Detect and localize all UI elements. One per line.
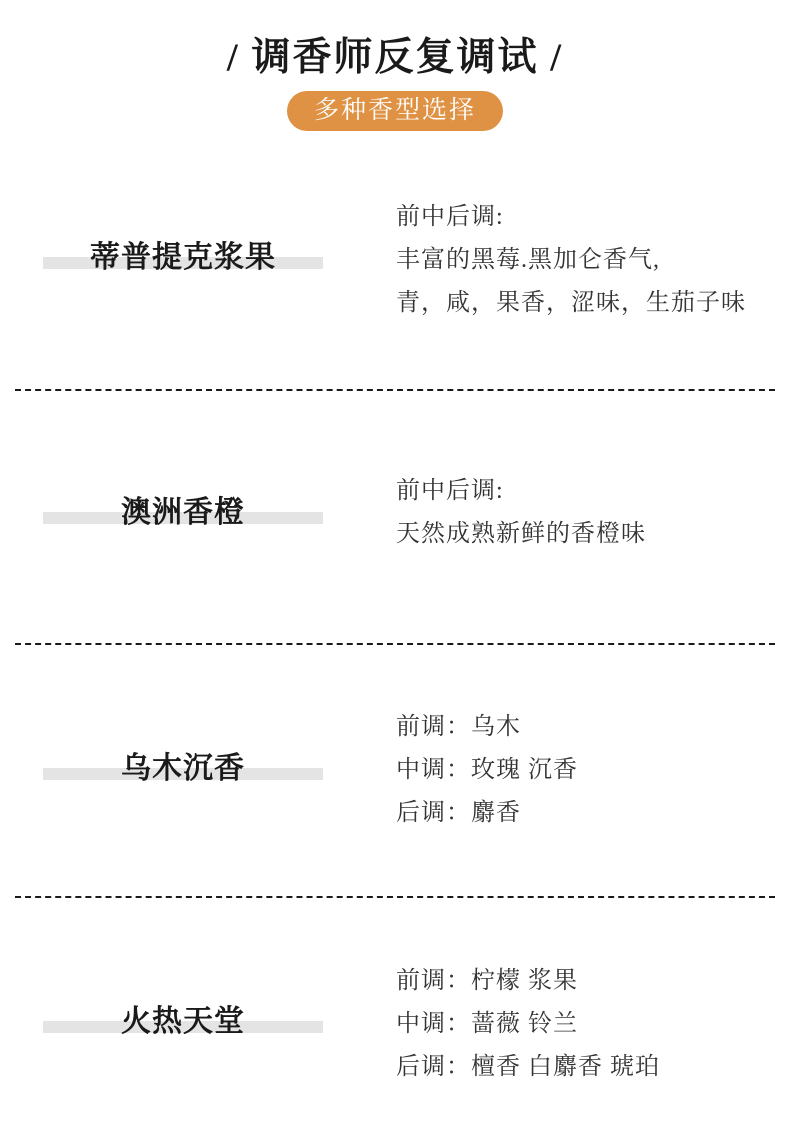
note-line: 前调：乌木: [396, 706, 776, 749]
fragrance-section: 蒂普提克浆果 前中后调: 丰富的黑莓.黑加仑香气, 青，咸，果香，涩味，生茄子味: [0, 0, 790, 1137]
note-line: 前中后调:: [396, 470, 776, 513]
note-line: 中调：蔷薇 铃兰: [396, 1003, 776, 1046]
fragrance-name-block: 蒂普提克浆果: [43, 241, 323, 275]
note-line: 丰富的黑莓.黑加仑香气,: [396, 239, 776, 282]
note-line: 天然成熟新鲜的香橙味: [396, 513, 776, 556]
dashed-divider: [15, 643, 775, 645]
note-line: 前调：柠檬 浆果: [396, 960, 776, 1003]
name-highlight-band: [43, 512, 323, 524]
fragrance-name: 乌木沉香: [121, 752, 245, 785]
dashed-divider: [15, 389, 775, 391]
name-highlight-band: [43, 257, 323, 269]
name-highlight-band: [43, 1021, 323, 1033]
fragrance-name-block: 澳洲香橙: [43, 496, 323, 530]
fragrance-notes: 前中后调: 丰富的黑莓.黑加仑香气, 青，咸，果香，涩味，生茄子味: [396, 196, 776, 325]
fragrance-name: 澳洲香橙: [121, 496, 245, 529]
fragrance-section: 乌木沉香 前调：乌木 中调：玫瑰 沉香 后调：麝香: [0, 0, 790, 1137]
note-line: 青，咸，果香，涩味，生茄子味: [396, 282, 776, 325]
note-line: 前中后调:: [396, 196, 776, 239]
fragrance-section: 澳洲香橙 前中后调: 天然成熟新鲜的香橙味: [0, 0, 790, 1137]
fragrance-name: 蒂普提克浆果: [90, 241, 276, 274]
note-line: 中调：玫瑰 沉香: [396, 749, 776, 792]
note-line: 后调：檀香 白麝香 琥珀: [396, 1046, 776, 1089]
fragrance-name-block: 乌木沉香: [43, 752, 323, 786]
fragrance-notes: 前中后调: 天然成熟新鲜的香橙味: [396, 470, 776, 556]
fragrance-options-badge: 多种香型选择: [287, 91, 503, 131]
note-line: 后调：麝香: [396, 792, 776, 835]
name-highlight-band: [43, 768, 323, 780]
fragrance-notes: 前调：柠檬 浆果 中调：蔷薇 铃兰 后调：檀香 白麝香 琥珀: [396, 960, 776, 1089]
page-title: / 调香师反复调试 /: [0, 26, 790, 82]
fragrance-notes: 前调：乌木 中调：玫瑰 沉香 后调：麝香: [396, 706, 776, 835]
dashed-divider: [15, 896, 775, 898]
fragrance-name-block: 火热天堂: [43, 1005, 323, 1039]
fragrance-section: 火热天堂 前调：柠檬 浆果 中调：蔷薇 铃兰 后调：檀香 白麝香 琥珀: [0, 0, 790, 1137]
fragrance-detail-page: / 调香师反复调试 / 多种香型选择 蒂普提克浆果 前中后调: 丰富的黑莓.黑加…: [0, 0, 790, 1137]
fragrance-name: 火热天堂: [121, 1005, 245, 1038]
